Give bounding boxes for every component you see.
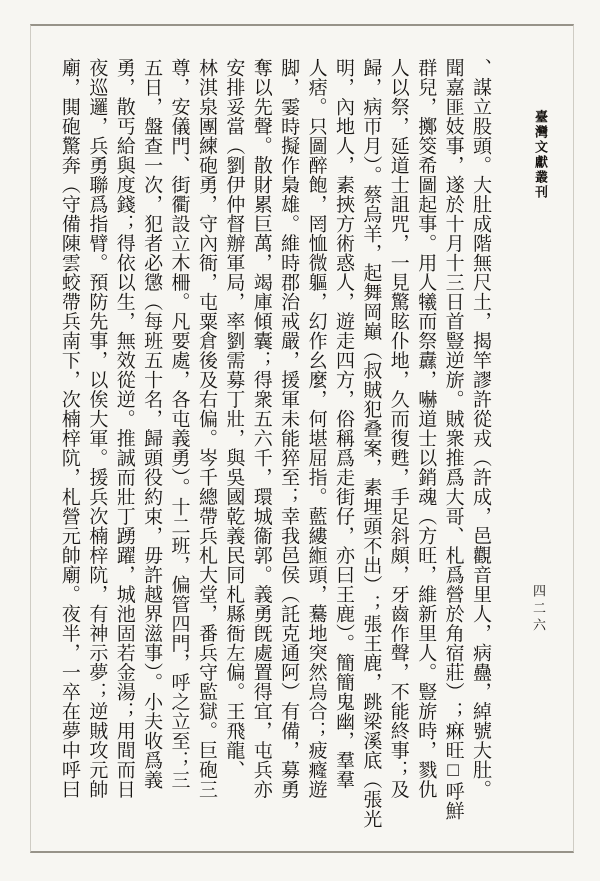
text-column: 明，內地人，素挾方術惑人，遊走四方，俗稱爲走街仔，亦曰王鹿）。簡簡鬼幽，羣羣	[330, 58, 357, 840]
text-column: 夜巡邏，兵勇聯爲指臂。預防先事，以俟大軍。援兵次楠梓阬，有神示夢；逆賊攻元帥	[83, 58, 110, 840]
text-column: 五日，盤查一次，犯者必懲（每班五十名，歸頭役約束，毋許越界滋事）。小夫收爲義	[138, 58, 165, 840]
series-title: 臺灣文獻叢刊	[531, 110, 550, 200]
text-column: 林淇泉團練砲勇，守內衙，屯粟倉後及右偏。岑千總帶兵札大堂，番兵守監獄。巨砲三	[193, 58, 220, 840]
text-column: 尊，安儀門、街衢設立木柵。凡要處，各屯義勇）。十二班，偏管四門，呼之立至；三	[165, 58, 192, 840]
text-block: 、謀立股頭。大肚成階無尺土，揭竿謬許從戎（許成，邑觀音里人，病蠱，綽號大肚。 聞…	[56, 58, 495, 840]
text-column: 奪以先聲。散財累巨萬，竭庫傾囊；得衆五六千，環城衞郭。義勇旣處置得宜，屯兵亦	[247, 58, 274, 840]
book-page: 臺灣文獻叢刊 四二六 、謀立股頭。大肚成階無尺土，揭竿謬許從戎（許成，邑觀音里人…	[0, 0, 600, 881]
text-column: 歸，病帀月）。蔡烏羊，起舞岡巔（叔賊犯叠案，素埋頭不出）；張王鹿，跳梁溪底（張光	[357, 58, 384, 840]
text-column: 人以祭，延道士詛咒，一見驚眩仆地，久而復甦，手足斜頗，牙齒作聲，不能終事；及	[384, 58, 411, 840]
text-column: 廟，閧砲驚奔（守備陳雲蛟帶兵南下，次楠梓阬，札營元帥廟。夜半，一卒在夢中呼曰	[56, 58, 83, 840]
text-column: 、謀立股頭。大肚成階無尺土，揭竿謬許從戎（許成，邑觀音里人，病蠱，綽號大肚。	[467, 58, 494, 840]
text-column: 勇，散丐給與度錢；得依以生，無效從逆。推誠而壯丁踴躍，城池固若金湯；用間而日	[110, 58, 137, 840]
text-column: 脚，霎時擬作梟雄。維時郡治戒嚴，援軍未能猝至；幸我邑侯（託克通阿）有備，募勇	[275, 58, 302, 840]
text-column: 群兒，擲筊希圖起事。用人犧而祭纛，嚇道士以銷魂（方旺，維新里人。豎旂時，戮仇	[412, 58, 439, 840]
text-column: 人痞。只圖醉飽，罔恤微軀，幻作幺麼，何堪屈指。藍縷縆頭，驀地突然烏合；疲癃遊	[302, 58, 329, 840]
text-column: 安排妥當（劉伊仲督辦軍局，率劉需募丁壯，與吳國乾義民同札縣衙左偏。王飛龍、	[220, 58, 247, 840]
page-number: 四二六	[529, 584, 548, 635]
text-column: 聞嘉匪妓事，遂於十月十三日首豎逆旂。賊衆推爲大哥、札爲營於角宿莊）；痳旺□呼鮮	[439, 58, 466, 840]
